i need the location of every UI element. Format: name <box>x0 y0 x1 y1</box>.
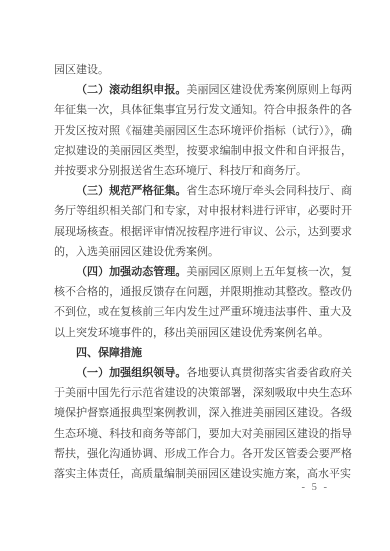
paragraph-lead: （二）滚动组织申报。 <box>76 84 186 96</box>
paragraph-section-2: （二）滚动组织申报。美丽园区建设优秀案例原则上每两年征集一次，具体征集事宜另行发… <box>54 80 352 181</box>
paragraph-continuation: 园区建设。 <box>54 60 352 80</box>
page-number: - 5 - <box>302 481 330 495</box>
section-heading: 四、保障措施 <box>54 343 352 363</box>
document-body: 园区建设。 （二）滚动组织申报。美丽园区建设优秀案例原则上每两年征集一次，具体征… <box>54 60 352 484</box>
paragraph-lead: （一）加强组织领导。 <box>76 367 186 379</box>
paragraph-text: 各地要认真贯彻落实省委省政府关于美丽中国先行示范省建设的决策部署，深刻吸取中央生… <box>54 367 352 480</box>
paragraph-lead: （三）规范严格征集。 <box>76 185 186 197</box>
paragraph-lead: （四）加强动态管理。 <box>76 266 186 278</box>
paragraph-section-3: （三）规范严格征集。省生态环境厅牵头会同科技厅、商务厅等组织相关部门和专家，对申… <box>54 181 352 262</box>
paragraph-section-1: （一）加强组织领导。各地要认真贯彻落实省委省政府关于美丽中国先行示范省建设的决策… <box>54 363 352 484</box>
document-page: 园区建设。 （二）滚动组织申报。美丽园区建设优秀案例原则上每两年征集一次，具体征… <box>0 0 390 551</box>
paragraph-section-4: （四）加强动态管理。美丽园区原则上五年复核一次，复核不合格的，通报反馈存在问题，… <box>54 262 352 343</box>
paragraph-text: 美丽园区建设优秀案例原则上每两年征集一次，具体征集事宜另行发文通知。符合申报条件… <box>54 84 352 177</box>
